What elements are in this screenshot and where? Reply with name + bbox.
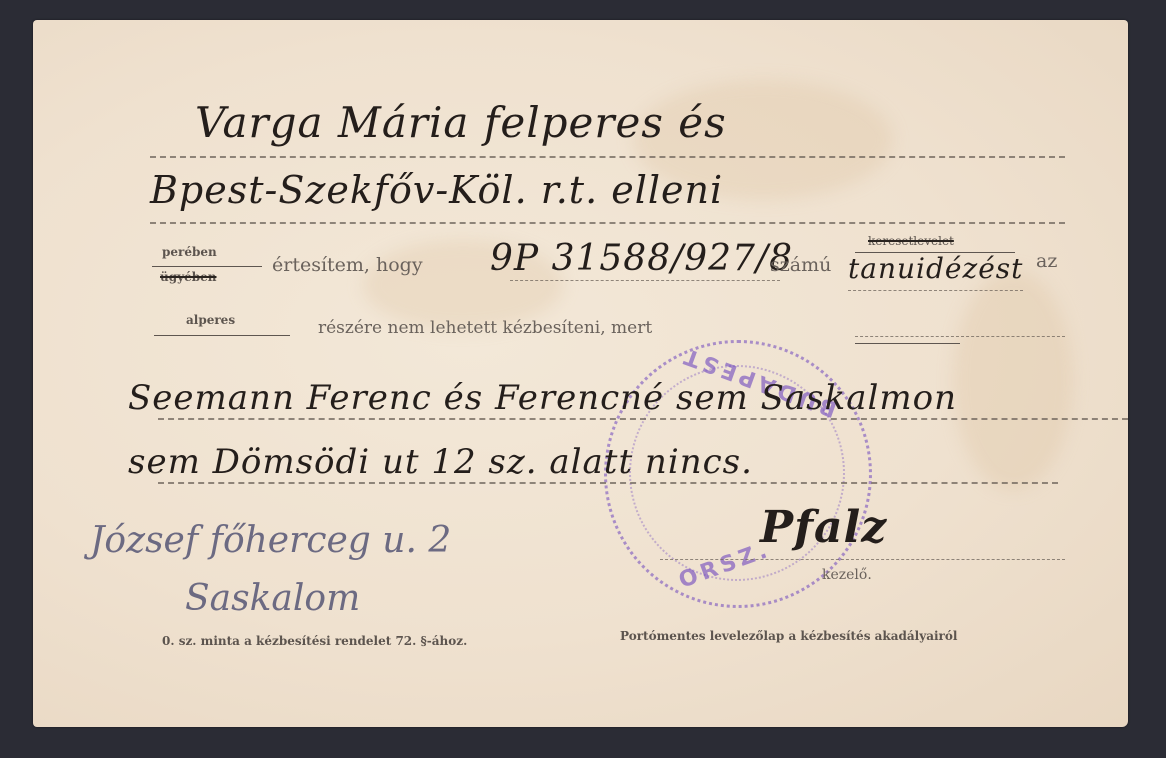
handwritten-case-number: 9P 31588/927/8 bbox=[490, 238, 793, 279]
pencil-note-town: Saskalom bbox=[185, 578, 360, 619]
delivery-text: részére nem lehetett kézbesíteni, mert bbox=[318, 318, 652, 338]
footer-card-title: Portómentes levelezőlap a kézbesítés aka… bbox=[620, 629, 957, 643]
struck-word-keresetlevelet: keresetlevelet bbox=[868, 234, 954, 248]
article-az: az bbox=[1036, 250, 1057, 272]
handwritten-reason-1: Seemann Ferenc és Ferencné sem Saskalmon bbox=[128, 378, 957, 418]
handler-label: kezelő. bbox=[822, 567, 872, 583]
handwritten-tanuidezest: tanuidézést bbox=[848, 252, 1023, 285]
footer-form-reference: 0. sz. minta a kézbesítési rendelet 72. … bbox=[162, 634, 467, 648]
dotted-line bbox=[848, 290, 1023, 291]
option-ugyeben-struck: ügyében bbox=[160, 270, 216, 284]
notify-text: értesítem, hogy bbox=[272, 254, 423, 276]
option-pereben: perében bbox=[162, 245, 217, 259]
pencil-note-address: József főherceg u. 2 bbox=[90, 520, 451, 561]
handwritten-reason-2: sem Dömsödi ut 12 sz. alatt nincs. bbox=[128, 442, 753, 482]
dotted-line bbox=[158, 418, 1128, 420]
rule-line bbox=[154, 335, 290, 336]
numbered-text: számú bbox=[770, 254, 831, 276]
dotted-line bbox=[150, 222, 1065, 224]
dotted-line bbox=[855, 336, 1065, 337]
handler-signature: Pfalz bbox=[760, 502, 887, 553]
handwritten-plaintiff: Varga Mária felperes és bbox=[195, 98, 727, 147]
dotted-line bbox=[158, 482, 1058, 484]
dotted-line bbox=[510, 280, 780, 281]
handwritten-defendant: Bpest-Szekfőv-Köl. r.t. elleni bbox=[150, 168, 723, 212]
paper-stain bbox=[953, 270, 1073, 490]
signature-line bbox=[660, 559, 1065, 560]
dotted-line bbox=[150, 156, 1065, 158]
rule-line bbox=[152, 266, 262, 267]
rule-line bbox=[855, 343, 960, 344]
party-alperes: alperes bbox=[186, 313, 235, 327]
